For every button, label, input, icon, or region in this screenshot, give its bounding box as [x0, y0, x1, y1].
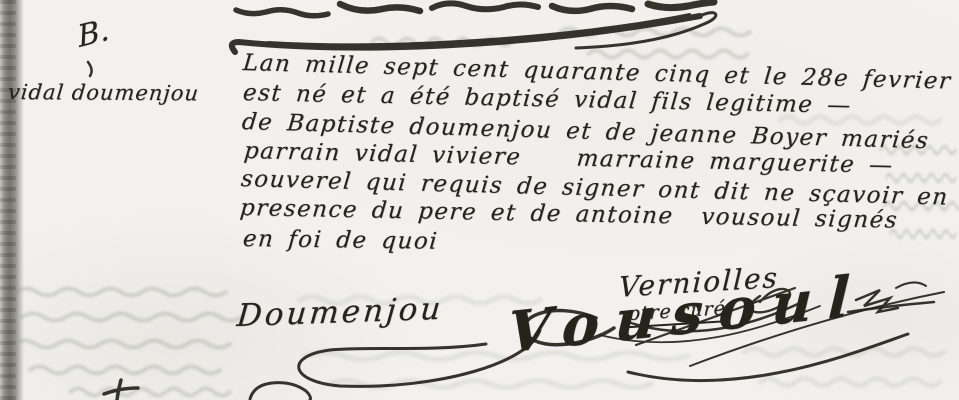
margin-stray-stroke	[88, 62, 92, 76]
bottom-cross-mark	[104, 380, 138, 400]
body-line: en foi de quoi	[242, 226, 439, 255]
bottom-partial-signature	[250, 383, 311, 400]
father-signature: Doumenjou	[235, 291, 444, 334]
previous-record-cutoff-strokes	[236, 2, 714, 16]
page-scan: B. vidal doumenjou Lan mille sept cent q…	[0, 0, 959, 400]
margin-record-type-abbrev: B.	[76, 12, 112, 54]
margin-child-name: vidal doumenjou	[7, 80, 200, 105]
father-signature-flourish	[299, 330, 540, 386]
record-divider-flourish	[232, 13, 716, 52]
